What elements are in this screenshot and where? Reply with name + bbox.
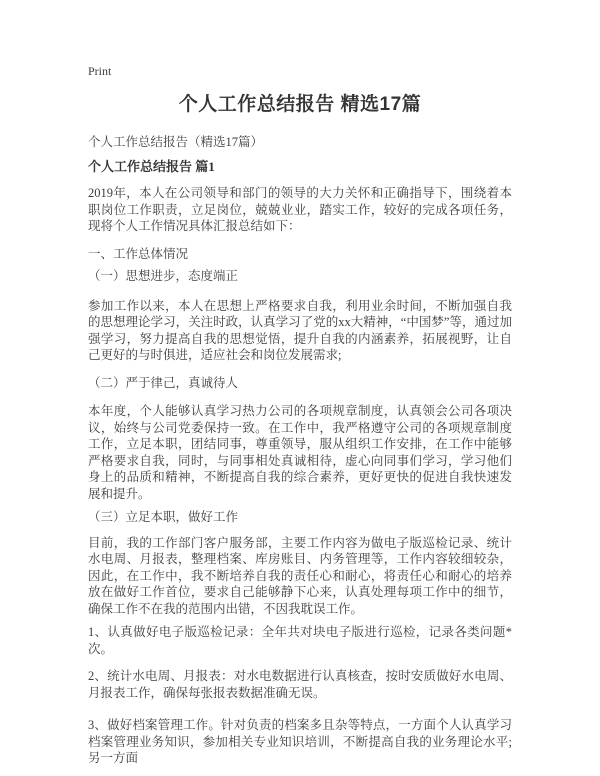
paragraph-job-duty: 目前，我的工作部门客户服务部，主要工作内容为做电子版巡检记录、统计水电周、月报表… (88, 535, 512, 618)
list-item-archive-management: 3、做好档案管理工作。针对负责的档案多且杂等特点，一方面个人认真学习档案管理业务… (88, 717, 512, 767)
subsection-heading-discipline: （二）严于律己，真诚待人 (88, 375, 512, 392)
list-item-utility-reports: 2、统计水电周、月报表：对水电数据进行认真核查，按时安质做好水电周、月报表工作，… (88, 668, 512, 701)
section-heading-overall-situation: 一、工作总体情况 (88, 246, 512, 263)
subsection-heading-ideology: （一）思想进步，态度端正 (88, 268, 512, 285)
document-page: Print 个人工作总结报告 精选17篇 个人工作总结报告（精选17篇） 个人工… (0, 0, 600, 776)
paragraph-discipline: 本年度，个人能够认真学习热力公司的各项规章制度，认真领会公司各项决议，始终与公司… (88, 403, 512, 502)
intro-paragraph: 2019年，本人在公司领导和部门的领导的大力关怀和正确指导下，围绕着本职岗位工作… (88, 185, 512, 235)
print-button[interactable]: Print (88, 64, 512, 78)
subsection-heading-job-duty: （三）立足本职，做好工作 (88, 509, 512, 526)
paragraph-ideology: 参加工作以来，本人在思想上严格要求自我，利用业余时间，不断加强自我的思想理论学习… (88, 298, 512, 364)
list-item-inspection-records: 1、认真做好电子版巡检记录：全年共对块电子版进行巡检，记录各类问题*次。 (88, 624, 512, 657)
document-subtitle: 个人工作总结报告（精选17篇） (88, 134, 512, 151)
document-title: 个人工作总结报告 精选17篇 (88, 92, 512, 118)
chapter-heading-part1: 个人工作总结报告 篇1 (88, 159, 512, 176)
